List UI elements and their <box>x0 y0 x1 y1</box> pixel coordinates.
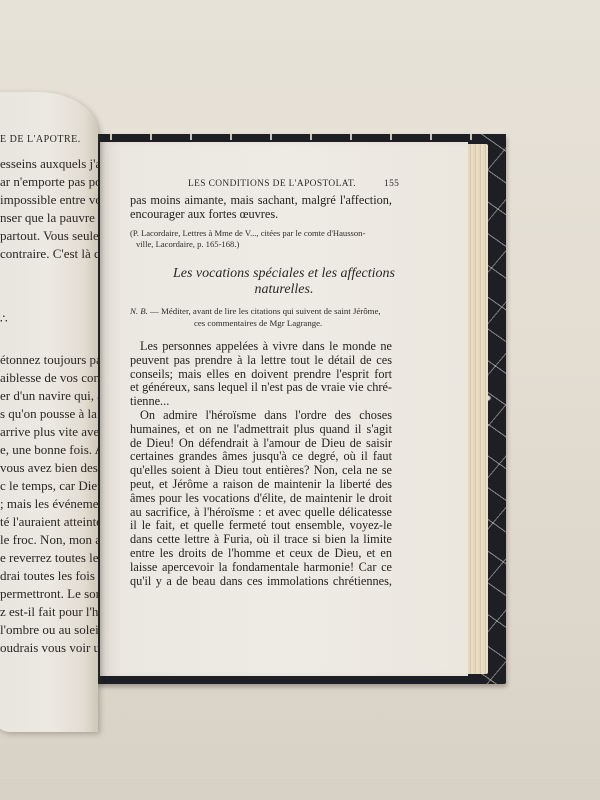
nota-bene-text: — Méditer, avant de lire les citations q… <box>150 306 381 316</box>
text-line: Les personnes appelées à vivre dans le m… <box>130 340 392 354</box>
text-line: de Dieu! On défendrait à l'amour de Dieu… <box>130 437 392 451</box>
nota-bene: N. B. — Méditer, avant de lire les citat… <box>130 306 392 329</box>
text-line: ; mais les événements qui o <box>0 496 98 511</box>
text-line: impossible entre vous et m <box>0 192 98 207</box>
text-line: encourager aux fortes œuvres. <box>130 208 392 222</box>
text-line: té l'auraient atteinte sous l <box>0 514 98 529</box>
text-line: z est-il fait pour l'homme <box>0 604 98 619</box>
page-number: 155 <box>384 179 399 189</box>
citation-line: (P. Lacordaire, Lettres à Mme de V..., c… <box>130 228 392 239</box>
text-line: er d'un navire qui, au pre <box>0 388 98 403</box>
running-head-title: LES CONDITIONS DE L'APOSTOLAT. <box>188 179 356 189</box>
text-line: peuvent pas prendre à la lettre tout le … <box>130 354 392 368</box>
text-line: pas moins aimante, mais sachant, malgré … <box>130 194 392 208</box>
text-line: certaines grandes âmes jusqu'à ce degré,… <box>130 450 392 464</box>
text-line: ar n'emporte pas pour moi <box>0 174 98 189</box>
text-line: oudrais vous voir une âme <box>0 640 98 655</box>
text-line: conseils; mais elles en doivent prendre … <box>130 368 392 382</box>
text-line: et généreux, sans lequel il n'est pas de… <box>130 381 392 395</box>
nota-bene-line: ces commentaires de Mgr Lagrange. <box>130 318 392 330</box>
text-line: c le temps, car Dieu sait à <box>0 478 98 493</box>
text-line: l'ombre ou au soleil, sa <box>0 622 98 637</box>
text-line: s qu'on pousse à la côte, a <box>0 406 98 421</box>
section-title-line: Les vocations spéciales et les affection… <box>100 266 468 282</box>
text-line: il le fait, et quelle fermeté tout ensem… <box>130 519 392 533</box>
citation: (P. Lacordaire, Lettres à Mme de V..., c… <box>130 228 392 249</box>
text-line: contraire. C'est là ce qui <box>0 246 98 261</box>
text-line: humaines, et on ne l'admettrait plus qua… <box>130 423 392 437</box>
text-line: e reverrez toutes les fois q <box>0 550 98 565</box>
paragraph-2: On admire l'héroïsme dans l'ordre des ch… <box>130 409 392 588</box>
text-line: drai toutes les fois que les <box>0 568 98 583</box>
text-line: étonnez toujours par le char <box>0 352 98 367</box>
text-line: qu'il y a de beau dans ces immolations c… <box>130 575 392 589</box>
text-line: On admire l'héroïsme dans l'ordre des ch… <box>130 409 392 423</box>
cover-marble-top-edge <box>96 134 506 140</box>
paragraph-1: Les personnes appelées à vivre dans le m… <box>130 340 392 409</box>
text-line: dans cette lettre à Furia, où il trace s… <box>130 533 392 547</box>
section-title: Les vocations spéciales et les affection… <box>100 266 468 298</box>
text-line: entre les droits de l'homme et ceux de D… <box>130 547 392 561</box>
opening-lines: pas moins aimante, mais sachant, malgré … <box>130 194 392 222</box>
text-line: qu'elles soient à Dieu tout entières? No… <box>130 464 392 478</box>
text-line: peut, et Jérôme a raison de maintenir la… <box>130 478 392 492</box>
text-line: âmes pour les vocations d'élite, de main… <box>130 492 392 506</box>
left-running-head: E DE L'APOTRE. <box>0 132 81 147</box>
nota-bene-label: N. B. <box>130 306 148 316</box>
text-line: partout. Vous seule avez <box>0 228 98 243</box>
text-line: aiblesse de vos conseils. Vo <box>0 370 98 385</box>
section-separator: ∴ <box>0 312 10 327</box>
book-photo: LES CONDITIONS DE L'APOSTOLAT. 155 pas m… <box>0 0 600 800</box>
text-line: laisse apercevoir la fondamentale harmon… <box>130 561 392 575</box>
text-line: e, une bonne fois. Avant qu <box>0 442 98 457</box>
text-line: arrive plus vite avec la temp <box>0 424 98 439</box>
section-title-line: naturelles. <box>100 282 468 298</box>
text-line: au sacrifice, à l'héroïsme : et avec que… <box>130 506 392 520</box>
right-page: LES CONDITIONS DE L'APOSTOLAT. 155 pas m… <box>100 142 468 676</box>
citation-line: ville, Lacordaire, p. 165-168.) <box>130 239 392 250</box>
text-line: vous avez bien des choses à <box>0 460 98 475</box>
text-line: permettront. Le sort tranq <box>0 586 98 601</box>
left-page: E DE L'APOTRE. esseins auxquels j'ai con… <box>0 92 98 732</box>
text-line: nser que la pauvre amitié <box>0 210 98 225</box>
text-line: tienne... <box>130 395 392 409</box>
text-line: le froc. Non, mon amie, v <box>0 532 98 547</box>
text-line: esseins auxquels j'ai cons <box>0 156 98 171</box>
nota-bene-line: N. B. — Méditer, avant de lire les citat… <box>130 306 392 318</box>
